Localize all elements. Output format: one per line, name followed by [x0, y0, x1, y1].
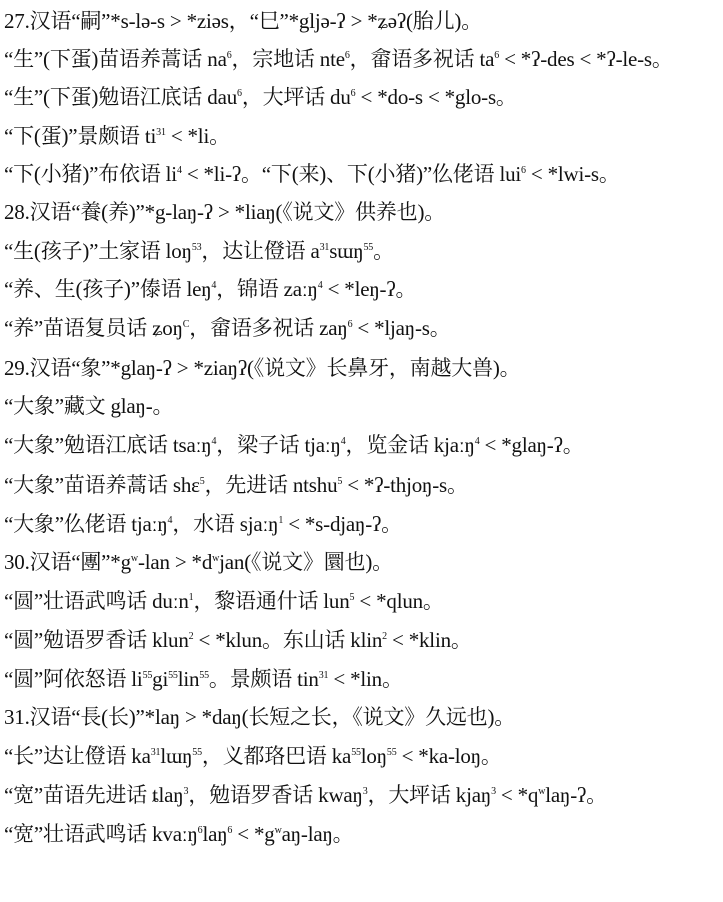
tone-superscript: 55 — [199, 670, 209, 681]
text-segment: “宽”苗语先进话 ȶlaŋ — [4, 783, 184, 807]
document-page: 27.汉语“嗣”*s-lə-s > *ziəs，“巳”*gljə-ʔ > *ʑə… — [0, 0, 723, 902]
text-segment: ，览金话 kjaːŋ — [346, 433, 475, 457]
text-line: 27.汉语“嗣”*s-lə-s > *ziəs，“巳”*gljə-ʔ > *ʑə… — [4, 2, 723, 40]
text-segment: < *g — [232, 822, 274, 846]
text-line: “圆”壮语武鸣话 duːn1，黎语通什话 lun5 < *qlun。 — [4, 582, 723, 620]
text-segment: ，畲语多祝话 ta — [350, 47, 495, 71]
text-segment: ，大坪话 du — [242, 85, 351, 109]
text-segment: 。景颇语 tin — [209, 667, 319, 691]
text-segment: < *ljaŋ-s。 — [352, 316, 450, 340]
tone-superscript: w — [275, 825, 282, 836]
text-segment: < *klin。 — [387, 628, 472, 652]
text-line: “宽”壮语武鸣话 kvaːŋ6laŋ6 < *gwaŋ-laŋ。 — [4, 815, 723, 853]
text-segment: 30.汉语“團”*g — [4, 550, 131, 574]
text-segment: ，达让僜语 a — [201, 239, 319, 263]
text-segment: lin — [178, 667, 200, 691]
text-line: 31.汉语“長(长)”*laŋ > *daŋ(长短之长，《说文》久远也)。 — [4, 698, 723, 736]
text-line: 28.汉语“養(养)”*g-laŋ-ʔ > *liaŋ(《说文》供养也)。 — [4, 193, 723, 231]
text-segment: “生”(下蛋)勉语江底话 dau — [4, 85, 237, 109]
tone-superscript: 53 — [192, 242, 202, 253]
text-segment: ，勉语罗香话 kwaŋ — [188, 783, 362, 807]
tone-superscript: 55 — [351, 747, 361, 758]
text-segment: < *q — [496, 783, 538, 807]
text-segment: “养、生(孩子)”傣语 leŋ — [4, 277, 211, 301]
text-segment: < *glaŋ-ʔ。 — [480, 433, 584, 457]
text-segment: laŋ — [202, 822, 227, 846]
text-segment: ，先进话 ntshu — [205, 473, 338, 497]
tone-superscript: 55 — [168, 670, 178, 681]
text-line: 30.汉语“團”*gw-lan > *dwjan(《说文》圜也)。 — [4, 543, 723, 581]
text-segment: “大象”勉语江底话 tsaːŋ — [4, 433, 211, 457]
text-segment: < *s-djaŋ-ʔ。 — [283, 512, 402, 536]
text-segment: “大象”仫佬语 tjaːŋ — [4, 512, 168, 536]
text-line: “下(小猪)”布依语 li4 < *li-ʔ。“下(来)、下(小猪)”仫佬语 l… — [4, 155, 723, 193]
text-segment: gi — [152, 667, 168, 691]
text-line: 29.汉语“象”*glaŋ-ʔ > *ziaŋʔ(《说文》长鼻牙，南越大兽)。 — [4, 349, 723, 387]
tone-superscript: 31 — [320, 242, 330, 253]
text-segment: < *li-ʔ。“下(来)、下(小猪)”仫佬语 lui — [182, 162, 521, 186]
text-segment: < *ka-loŋ。 — [397, 744, 502, 768]
text-segment: ，锦语 zaːŋ — [216, 277, 318, 301]
text-segment: “下(小猪)”布依语 li — [4, 162, 177, 186]
text-line: “圆”勉语罗香话 klun2 < *klun。东山话 klin2 < *klin… — [4, 621, 723, 659]
text-segment: ，黎语通什话 lun — [193, 589, 349, 613]
text-line: “长”达让僜语 ka31lɯŋ55，义都珞巴语 ka55loŋ55 < *ka-… — [4, 737, 723, 775]
text-segment: “下(蛋)”景颇语 ti — [4, 124, 156, 148]
tone-superscript: 31 — [156, 127, 166, 138]
text-segment: < *li。 — [166, 124, 230, 148]
tone-superscript: 55 — [192, 747, 202, 758]
text-segment: -lan > *d — [138, 550, 212, 574]
text-segment: loŋ — [361, 744, 387, 768]
text-segment: “圆”阿依怒语 li — [4, 667, 143, 691]
text-line: “大象”藏文 glaŋ-。 — [4, 387, 723, 425]
text-line: “下(蛋)”景颇语 ti31 < *li。 — [4, 117, 723, 155]
text-segment: ，宗地话 nte — [232, 47, 345, 71]
text-segment: < *lwi-s。 — [526, 162, 620, 186]
text-segment: 31.汉语“長(长)”*laŋ > *daŋ(长短之长，《说文》久远也)。 — [4, 705, 515, 729]
text-line: “大象”勉语江底话 tsaːŋ4，梁子话 tjaːŋ4，览金话 kjaːŋ4 <… — [4, 426, 723, 464]
text-segment: “圆”勉语罗香话 klun — [4, 628, 189, 652]
text-segment: sɯŋ — [329, 239, 363, 263]
text-segment: < *do-s < *glo-s。 — [355, 85, 516, 109]
text-segment: < *klun。东山话 klin — [193, 628, 382, 652]
text-line: “生”(下蛋)苗语养蒿话 na6，宗地话 nte6，畲语多祝话 ta6 < *ʔ… — [4, 40, 723, 78]
tone-superscript: 55 — [143, 670, 153, 681]
text-segment: 28.汉语“養(养)”*g-laŋ-ʔ > *liaŋ(《说文》供养也)。 — [4, 200, 445, 224]
text-line: “大象”仫佬语 tjaːŋ4，水语 sjaːŋ1 < *s-djaŋ-ʔ。 — [4, 505, 723, 543]
text-segment: ，大坪话 kjaŋ — [368, 783, 492, 807]
text-segment: ，义都珞巴语 ka — [202, 744, 351, 768]
text-segment: “大象”苗语养蒿话 shɛ — [4, 473, 200, 497]
text-segment: jan(《说文》圜也)。 — [219, 550, 393, 574]
text-segment: ，畲语多祝话 zaŋ — [189, 316, 347, 340]
text-segment: lɯŋ — [160, 744, 192, 768]
text-segment: ，梁子话 tjaːŋ — [216, 433, 340, 457]
text-segment: laŋ-ʔ。 — [545, 783, 607, 807]
text-segment: < *lin。 — [328, 667, 402, 691]
text-segment: 27.汉语“嗣”*s-lə-s > *ziəs，“巳”*gljə-ʔ > *ʑə… — [4, 9, 482, 33]
text-segment: < *ʔ-thjoŋ-s。 — [342, 473, 468, 497]
tone-superscript: 31 — [319, 670, 329, 681]
text-segment: aŋ-laŋ。 — [282, 822, 354, 846]
text-line: “宽”苗语先进话 ȶlaŋ3，勉语罗香话 kwaŋ3，大坪话 kjaŋ3 < *… — [4, 776, 723, 814]
tone-superscript: 55 — [387, 747, 397, 758]
text-segment: < *leŋ-ʔ。 — [323, 277, 417, 301]
text-line: “生”(下蛋)勉语江底话 dau6，大坪话 du6 < *do-s < *glo… — [4, 78, 723, 116]
text-segment: “大象”藏文 glaŋ-。 — [4, 394, 173, 418]
tone-superscript: w — [131, 553, 138, 564]
text-line: “养、生(孩子)”傣语 leŋ4，锦语 zaːŋ4 < *leŋ-ʔ。 — [4, 270, 723, 308]
text-segment: < *ʔ-des < *ʔ-le-s。 — [499, 47, 673, 71]
text-segment: “生”(下蛋)苗语养蒿话 na — [4, 47, 227, 71]
text-line: “生(孩子)”土家语 loŋ53，达让僜语 a31sɯŋ55。 — [4, 232, 723, 270]
text-line: “大象”苗语养蒿话 shɛ5，先进话 ntshu5 < *ʔ-thjoŋ-s。 — [4, 466, 723, 504]
text-line: “养”苗语复员话 ʑoŋC，畲语多祝话 zaŋ6 < *ljaŋ-s。 — [4, 309, 723, 347]
text-segment: “长”达让僜语 ka — [4, 744, 151, 768]
text-segment: 29.汉语“象”*glaŋ-ʔ > *ziaŋʔ(《说文》长鼻牙，南越大兽)。 — [4, 356, 520, 380]
text-segment: < *qlun。 — [354, 589, 443, 613]
text-segment: 。 — [373, 239, 394, 263]
tone-superscript: 31 — [151, 747, 161, 758]
text-segment: “圆”壮语武鸣话 duːn — [4, 589, 189, 613]
text-segment: “生(孩子)”土家语 loŋ — [4, 239, 192, 263]
text-line: “圆”阿依怒语 li55gi55lin55。景颇语 tin31 < *lin。 — [4, 660, 723, 698]
text-segment: ，水语 sjaːŋ — [172, 512, 278, 536]
text-segment: “养”苗语复员话 ʑoŋ — [4, 316, 183, 340]
tone-superscript: 55 — [364, 242, 374, 253]
text-segment: “宽”壮语武鸣话 kvaːŋ — [4, 822, 198, 846]
